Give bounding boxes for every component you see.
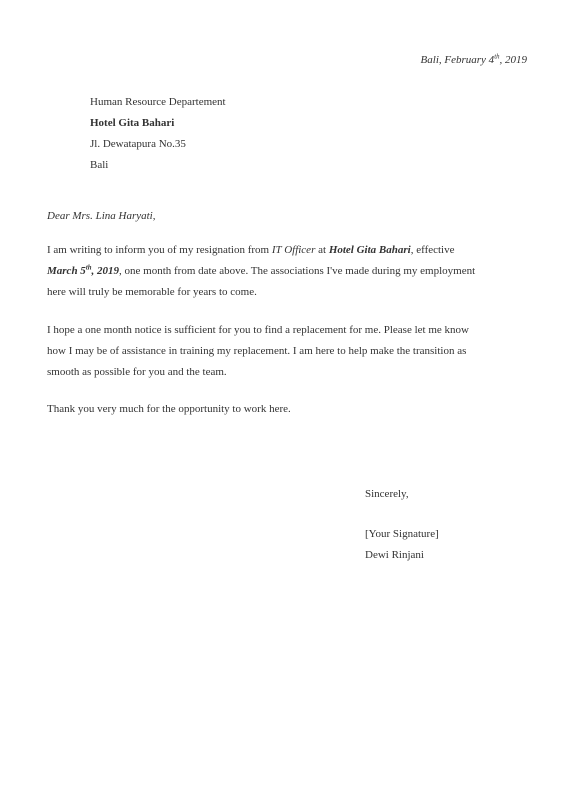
closing-sincerely: Sincerely, [365, 484, 439, 505]
text-run: , effective [411, 244, 455, 256]
text-run: smooth as possible for you and the team. [47, 366, 227, 378]
text-run: I am writing to inform you of my resigna… [47, 244, 272, 256]
text-line: I hope a one month notice is sufficient … [47, 320, 469, 341]
text-run: how I may be of assistance in training m… [47, 345, 466, 357]
text-run: , one month from date above. The associa… [119, 265, 475, 277]
letter-page: Bali, February 4th, 2019 Human Resource … [0, 0, 566, 800]
text-run: Hotel Gita Bahari [90, 117, 174, 129]
text-run: IT Officer [272, 244, 316, 256]
text-line: here will truly be memorable for years t… [47, 282, 475, 303]
text-run: , 2019 [500, 54, 528, 66]
text-line: Hotel Gita Bahari [90, 113, 226, 134]
text-line: March 5th, 2019, one month from date abo… [47, 261, 475, 282]
text-line: Jl. Dewatapura No.35 [90, 134, 226, 155]
text-run: here will truly be memorable for years t… [47, 286, 257, 298]
text-line: smooth as possible for you and the team. [47, 362, 469, 383]
text-run: Human Resource Departement [90, 96, 226, 108]
text-line: how I may be of assistance in training m… [47, 341, 469, 362]
date-line: Bali, February 4th, 2019 [421, 50, 527, 71]
body-paragraph-2: I hope a one month notice is sufficient … [47, 320, 469, 383]
text-run: Bali [90, 159, 108, 171]
recipient-address: Human Resource DepartementHotel Gita Bah… [90, 92, 226, 176]
text-run: at [315, 244, 328, 256]
text-run: I hope a one month notice is sufficient … [47, 324, 469, 336]
text-run: March 5 [47, 265, 86, 277]
closing-block: Sincerely, [Your Signature] Dewi Rinjani [365, 484, 439, 566]
text-run: Thank you very much for the opportunity … [47, 403, 291, 415]
text-line: Thank you very much for the opportunity … [47, 399, 291, 420]
text-run: Dear Mrs. Lina Haryati, [47, 210, 155, 222]
text-run: Jl. Dewatapura No.35 [90, 138, 186, 150]
signature-placeholder: [Your Signature] [365, 524, 439, 545]
text-line: Bali [90, 155, 226, 176]
body-paragraph-3: Thank you very much for the opportunity … [47, 399, 291, 420]
body-paragraph-1: I am writing to inform you of my resigna… [47, 240, 475, 303]
text-run: Bali, February 4 [421, 54, 495, 66]
text-line: Human Resource Departement [90, 92, 226, 113]
text-run: , 2019 [92, 265, 120, 277]
text-line: I am writing to inform you of my resigna… [47, 240, 475, 261]
text-run: Hotel Gita Bahari [329, 244, 411, 256]
salutation: Dear Mrs. Lina Haryati, [47, 206, 155, 227]
sender-name: Dewi Rinjani [365, 545, 439, 566]
